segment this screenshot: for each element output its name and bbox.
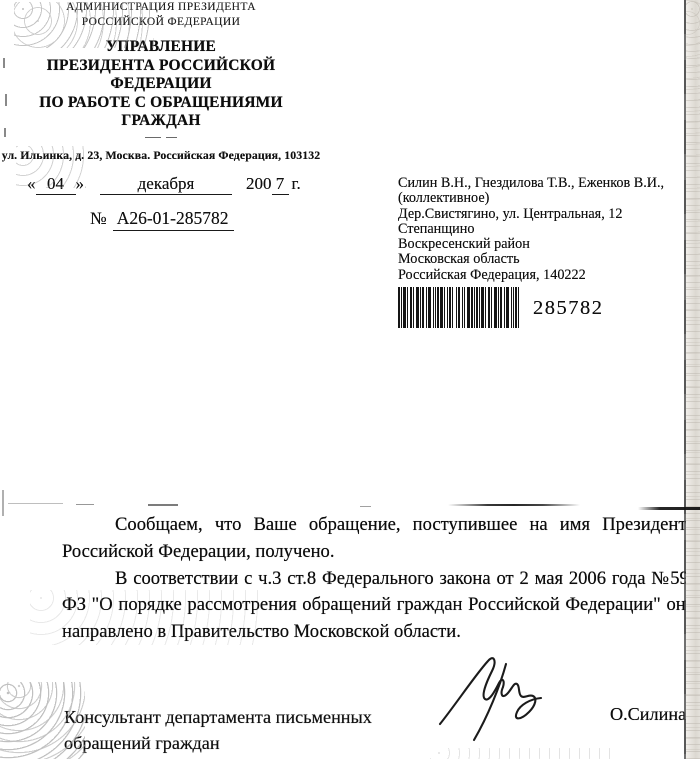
org-name-line2: РОССИЙСКОЙ ФЕДЕРАЦИИ bbox=[0, 15, 322, 30]
reference-number-line: №А26-01-285782 bbox=[90, 208, 234, 231]
recipient-line: Российская Федерация, 140222 bbox=[398, 268, 664, 283]
scan-artifact-tick bbox=[3, 58, 5, 68]
scan-edge-band bbox=[686, 0, 700, 759]
department-name-line3: ПО РАБОТЕ С ОБРАЩЕНИЯМИ ГРАЖДАН bbox=[0, 94, 322, 131]
recipient-address-block: Силин В.Н., Гнездилова Т.В., Еженков В.И… bbox=[398, 176, 664, 283]
date-year-digit: 7 bbox=[272, 174, 289, 195]
department-name-line2: ПРЕЗИДЕНТА РОССИЙСКОЙ ФЕДЕРАЦИИ bbox=[0, 57, 322, 94]
barcode-number: 285782 bbox=[533, 297, 604, 320]
letterhead-address: ул. Ильинка, д. 23, Москва. Российская Ф… bbox=[0, 148, 322, 163]
handwritten-signature bbox=[436, 650, 556, 750]
scan-edge-line bbox=[684, 0, 686, 759]
scan-artifact-line bbox=[360, 506, 371, 507]
date-quote-close: » bbox=[76, 174, 85, 193]
department-name: УПРАВЛЕНИЕ ПРЕЗИДЕНТА РОССИЙСКОЙ ФЕДЕРАЦ… bbox=[0, 38, 322, 131]
scan-artifact-line bbox=[148, 504, 178, 506]
recipient-line: Московская область bbox=[398, 252, 664, 267]
body-paragraph-2: В соответствии с ч.3 ст.8 Федерального з… bbox=[62, 566, 695, 646]
letterhead: АДМИНИСТРАЦИЯ ПРЕЗИДЕНТА РОССИЙСКОЙ ФЕДЕ… bbox=[0, 0, 322, 163]
recipient-line: Степанщино bbox=[398, 222, 664, 237]
scan-artifact-line bbox=[76, 504, 94, 505]
scan-artifact-line bbox=[8, 503, 63, 504]
recipient-line: (коллективное) bbox=[398, 191, 664, 206]
date-line: «04»декабря2007г. bbox=[27, 174, 301, 195]
letterhead-divider bbox=[144, 137, 178, 138]
department-name-line1: УПРАВЛЕНИЕ bbox=[0, 38, 322, 57]
recipient-line: Дер.Свистягино, ул. Центральная, 12 bbox=[398, 207, 664, 222]
scan-artifact-tick bbox=[4, 128, 6, 137]
scan-artifact-line bbox=[638, 507, 700, 510]
signer-title: Консультант департамента письменных обра… bbox=[64, 704, 372, 756]
reference-number: А26-01-285782 bbox=[113, 208, 234, 231]
signer-title-line2: обращений граждан bbox=[64, 730, 372, 756]
date-year-suffix: г. bbox=[292, 174, 301, 193]
recipient-line: Силин В.Н., Гнездилова Т.В., Еженков В.И… bbox=[398, 176, 664, 191]
letter-body: Сообщаем, что Ваше обращение, поступивше… bbox=[62, 512, 695, 646]
recipient-line: Воскресенский район bbox=[398, 237, 664, 252]
date-day: 04 bbox=[36, 174, 76, 195]
scan-artifact-line bbox=[448, 504, 580, 506]
body-paragraph-1: Сообщаем, что Ваше обращение, поступивше… bbox=[62, 512, 695, 566]
signer-name: О.Силина bbox=[610, 704, 686, 725]
scan-artifact-tick bbox=[2, 490, 4, 516]
date-year-prefix: 200 bbox=[246, 174, 272, 193]
date-quote-open: « bbox=[27, 174, 36, 193]
scan-artifact-tick bbox=[5, 94, 7, 106]
number-sign: № bbox=[90, 208, 107, 228]
barcode bbox=[398, 287, 519, 328]
signer-title-line1: Консультант департамента письменных bbox=[64, 704, 372, 730]
date-month: декабря bbox=[100, 174, 232, 195]
org-name-line1: АДМИНИСТРАЦИЯ ПРЕЗИДЕНТА bbox=[0, 0, 322, 15]
scanned-letter-page: АДМИНИСТРАЦИЯ ПРЕЗИДЕНТА РОССИЙСКОЙ ФЕДЕ… bbox=[0, 0, 700, 759]
